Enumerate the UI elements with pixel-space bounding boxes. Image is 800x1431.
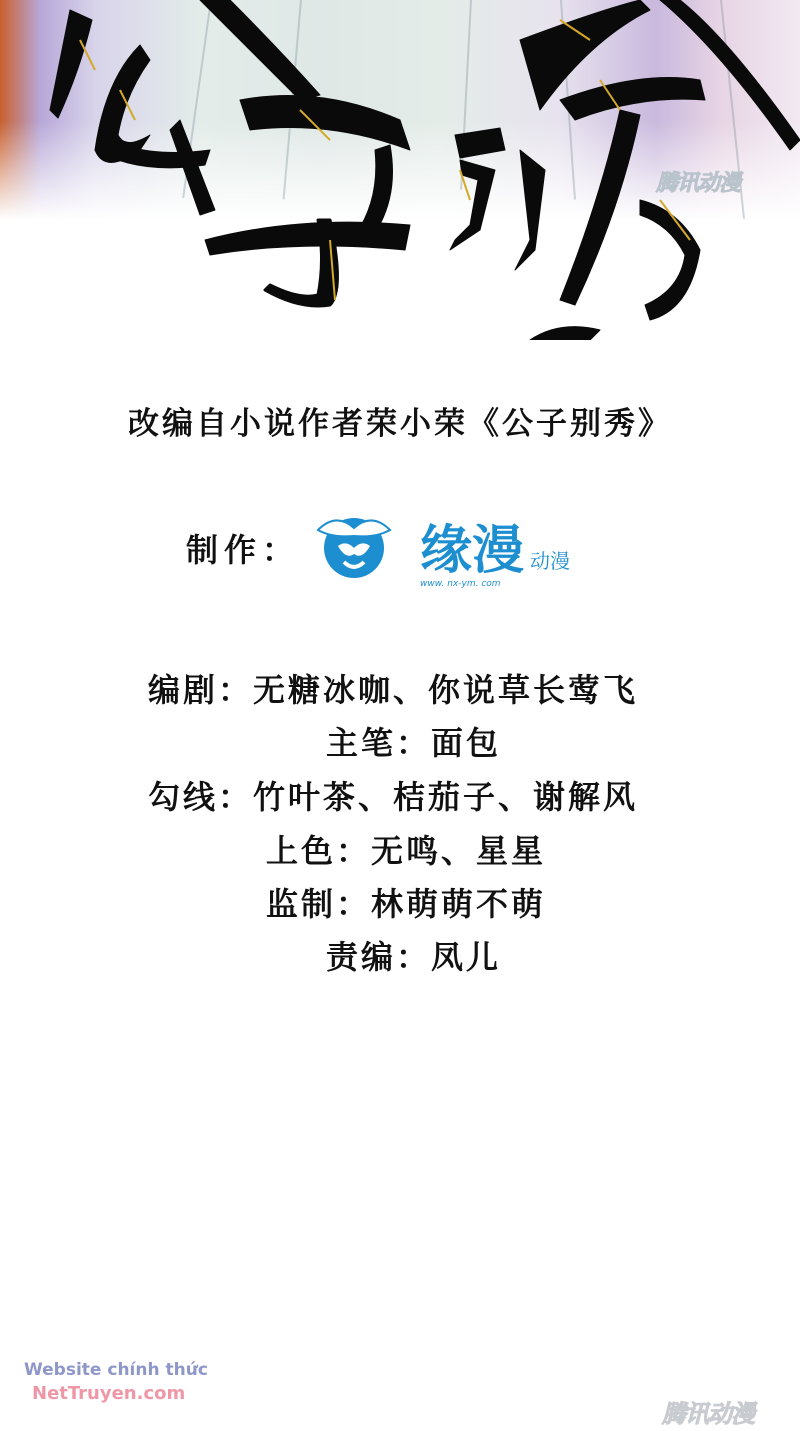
tencent-watermark: 腾讯动漫 (656, 166, 740, 197)
staff-row-supervisor: 监制：林萌萌不萌 (266, 879, 546, 925)
studio-logo: 缘漫 动漫 www. nx-ym. com (316, 510, 588, 590)
staff-role: 监制： (266, 885, 371, 923)
staff-row-lead-artist: 主笔：面包 (326, 718, 501, 764)
staff-role: 勾线： (148, 778, 253, 816)
staff-names: 无鸣、星星 (371, 832, 546, 870)
footer-site-name[interactable]: NetTruyen.com (32, 1383, 185, 1404)
footer-tencent-watermark: 腾讯动漫 (662, 1394, 754, 1429)
staff-row-screenwriter: 编剧：无糖冰咖、你说草长莺飞 (148, 665, 638, 711)
studio-logo-suffix: 动漫 (530, 549, 570, 573)
staff-row-lineart: 勾线：竹叶茶、桔茄子、谢解风 (148, 772, 638, 818)
staff-role: 责编： (326, 938, 431, 976)
production-label: 制作： (186, 525, 300, 571)
footer-site-label: Website chính thức (24, 1360, 208, 1380)
staff-names: 无糖冰咖、你说草长莺飞 (253, 671, 638, 709)
staff-names: 凤儿 (431, 938, 501, 976)
staff-names: 竹叶茶、桔茄子、谢解风 (253, 778, 638, 816)
staff-role: 主笔： (326, 724, 431, 762)
staff-row-editor: 责编：凤儿 (326, 932, 501, 978)
staff-names: 面包 (431, 724, 501, 762)
studio-emblem-icon (318, 518, 390, 578)
staff-row-coloring: 上色：无鸣、星星 (266, 826, 546, 872)
studio-logo-url: www. nx-ym. com (420, 579, 501, 589)
staff-role: 上色： (266, 832, 371, 870)
staff-names: 林萌萌不萌 (371, 885, 546, 923)
staff-role: 编剧： (148, 671, 253, 709)
studio-logo-name: 缘漫 (420, 521, 524, 581)
title-banner: 腾讯动漫 (0, 0, 800, 340)
adaptation-credit: 改编自小说作者荣小荣《公子别秀》 (0, 398, 800, 443)
